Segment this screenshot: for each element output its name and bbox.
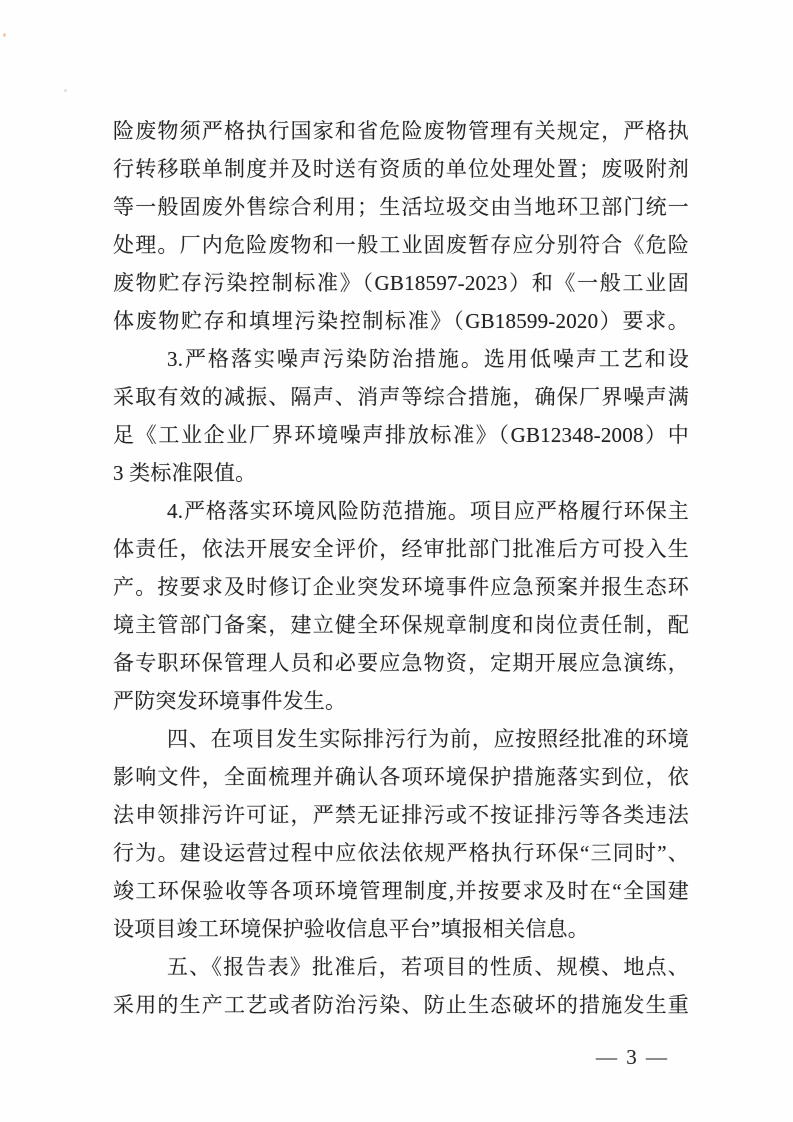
text-line: 产。按要求及时修订企业突发环境事件应急预案并报生态环 xyxy=(113,568,689,606)
text-line: 体责任，依法开展安全评价，经审批部门批准后方可投入生 xyxy=(113,530,689,568)
text-line-paragraph-start: 3.严格落实噪声污染防治措施。选用低噪声工艺和设备， xyxy=(113,340,689,378)
text-line: 备专职环保管理人员和必要应急物资，定期开展应急演练， xyxy=(113,644,689,682)
text-line: 法申领排污许可证，严禁无证排污或不按证排污等各类违法 xyxy=(113,796,689,834)
text-line-paragraph-start: 四、在项目发生实际排污行为前，应按照经批准的环境 xyxy=(113,720,689,758)
scanned-document-page: 险废物须严格执行国家和省危险废物管理有关规定，严格执 行转移联单制度并及时送有资… xyxy=(0,0,793,1122)
text-line: 竣工环保验收等各项环境管理制度,并按要求及时在“全国建 xyxy=(113,872,689,910)
text-line-paragraph-start: 4.严格落实环境风险防范措施。项目应严格履行环保主 xyxy=(113,492,689,530)
text-line: 废物贮存污染控制标准》（GB18597-2023）和《一般工业固 xyxy=(113,264,689,302)
text-line-paragraph-end: 严防突发环境事件发生。 xyxy=(113,682,689,720)
text-line: 险废物须严格执行国家和省危险废物管理有关规定，严格执 xyxy=(113,112,689,150)
page-number: — 3 — xyxy=(596,1040,686,1074)
text-line-paragraph-start: 五、《报告表》批准后，若项目的性质、规模、地点、 xyxy=(113,948,689,986)
text-line: 足《工业企业厂界环境噪声排放标准》（GB12348-2008）中 xyxy=(113,416,689,454)
text-line: 体废物贮存和填埋污染控制标准》（GB18599-2020）要求。 xyxy=(113,302,689,340)
scan-speck xyxy=(3,33,6,37)
text-line: 采用的生产工艺或者防治污染、防止生态破坏的措施发生重 xyxy=(113,986,689,1024)
text-line: 处理。厂内危险废物和一般工业固废暂存应分别符合《危险 xyxy=(113,226,689,264)
text-line: 等一般固废外售综合利用；生活垃圾交由当地环卫部门统一 xyxy=(113,188,689,226)
text-line: 影响文件，全面梳理并确认各项环境保护措施落实到位，依 xyxy=(113,758,689,796)
text-line: 境主管部门备案，建立健全环保规章制度和岗位责任制，配 xyxy=(113,606,689,644)
text-line-paragraph-end: 设项目竣工环境保护验收信息平台”填报相关信息。 xyxy=(113,910,689,948)
text-line: 采取有效的减振、隔声、消声等综合措施，确保厂界噪声满 xyxy=(113,378,689,416)
scan-speck xyxy=(64,89,67,92)
text-line: 行为。建设运营过程中应依法依规严格执行环保“三同时”、 xyxy=(113,834,689,872)
text-line: 行转移联单制度并及时送有资质的单位处理处置；废吸附剂 xyxy=(113,150,689,188)
document-body: 险废物须严格执行国家和省危险废物管理有关规定，严格执 行转移联单制度并及时送有资… xyxy=(113,112,689,1024)
text-line-paragraph-end: 3 类标准限值。 xyxy=(113,454,689,492)
